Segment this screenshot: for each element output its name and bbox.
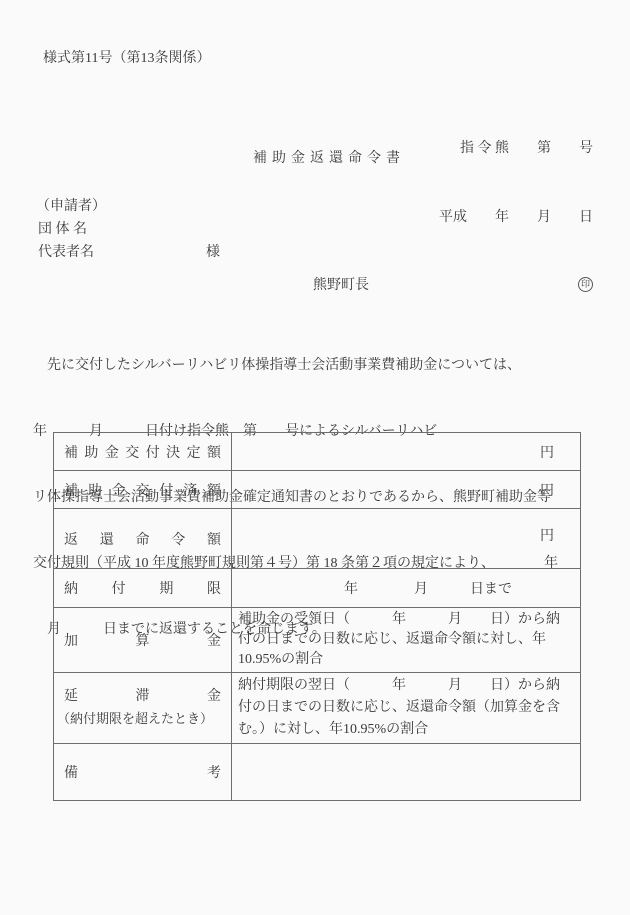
late-penalty-label: 延滞金 <box>64 686 221 708</box>
cell-value-surcharge: 補助金の受領日（ 年 月 日）から納 付の日までの日数に応じ、返還命令額に対し、… <box>232 608 581 673</box>
applicant-label: （申請者） <box>36 195 106 215</box>
cell-label-subsidy-decision-amount: 補助金交付決定額 <box>54 433 232 471</box>
table-row: 延滞金 （納付期限を超えたとき） 納付期限の翌日（ 年 月 日）から納 付の日ま… <box>54 673 581 744</box>
issuer-row: 熊野町長 印 <box>313 274 593 294</box>
document-page: 様式第11号（第13条関係） 指 令 熊 第 号 平成 年 月 日 補助金返還命… <box>0 0 630 915</box>
cell-value-return-order-amount: 円 <box>232 509 581 569</box>
mayor-name: 熊野町長 <box>313 274 369 294</box>
late-penalty-sub-label: （納付期限を超えたとき） <box>57 708 228 730</box>
reference-block: 指 令 熊 第 号 平成 年 月 日 <box>439 91 593 275</box>
cell-value-payment-deadline: 年 月 日まで <box>232 569 581 608</box>
cell-label-surcharge: 加算金 <box>54 608 232 673</box>
table-row: 補助金交付済額 円 <box>54 471 581 509</box>
order-table: 補助金交付決定額 円 補助金交付済額 円 返還命令額 円 納付期限 年 月 日ま… <box>53 432 581 801</box>
cell-label-payment-deadline: 納付期限 <box>54 569 232 608</box>
date-line: 平成 年 月 日 <box>439 206 593 229</box>
cell-value-late-penalty: 納付期限の翌日（ 年 月 日）から納 付の日までの日数に応じ、返還命令額（加算金… <box>232 673 581 744</box>
cell-label-late-penalty: 延滞金 （納付期限を超えたとき） <box>54 673 232 744</box>
cell-value-remarks <box>232 744 581 801</box>
table-row: 返還命令額 円 <box>54 509 581 569</box>
cell-value-subsidy-paid-amount: 円 <box>232 471 581 509</box>
body-line: 先に交付したシルバーリハビリ体操指導士会活動事業費補助金については、 <box>33 355 558 377</box>
table-row: 納付期限 年 月 日まで <box>54 569 581 608</box>
cell-label-subsidy-paid-amount: 補助金交付済額 <box>54 471 232 509</box>
table-row: 補助金交付決定額 円 <box>54 433 581 471</box>
form-number: 様式第11号（第13条関係） <box>43 47 210 67</box>
table-row: 備考 <box>54 744 581 801</box>
cell-label-return-order-amount: 返還命令額 <box>54 509 232 569</box>
cell-value-subsidy-decision-amount: 円 <box>232 433 581 471</box>
organization-name-line: 団 体 名 <box>38 218 87 238</box>
table-row: 加算金 補助金の受領日（ 年 月 日）から納 付の日までの日数に応じ、返還命令額… <box>54 608 581 673</box>
document-title: 補助金返還命令書 <box>0 147 630 167</box>
representative-name-line: 代表者名 様 <box>38 241 220 261</box>
cell-label-remarks: 備考 <box>54 744 232 801</box>
seal-icon: 印 <box>578 277 593 292</box>
